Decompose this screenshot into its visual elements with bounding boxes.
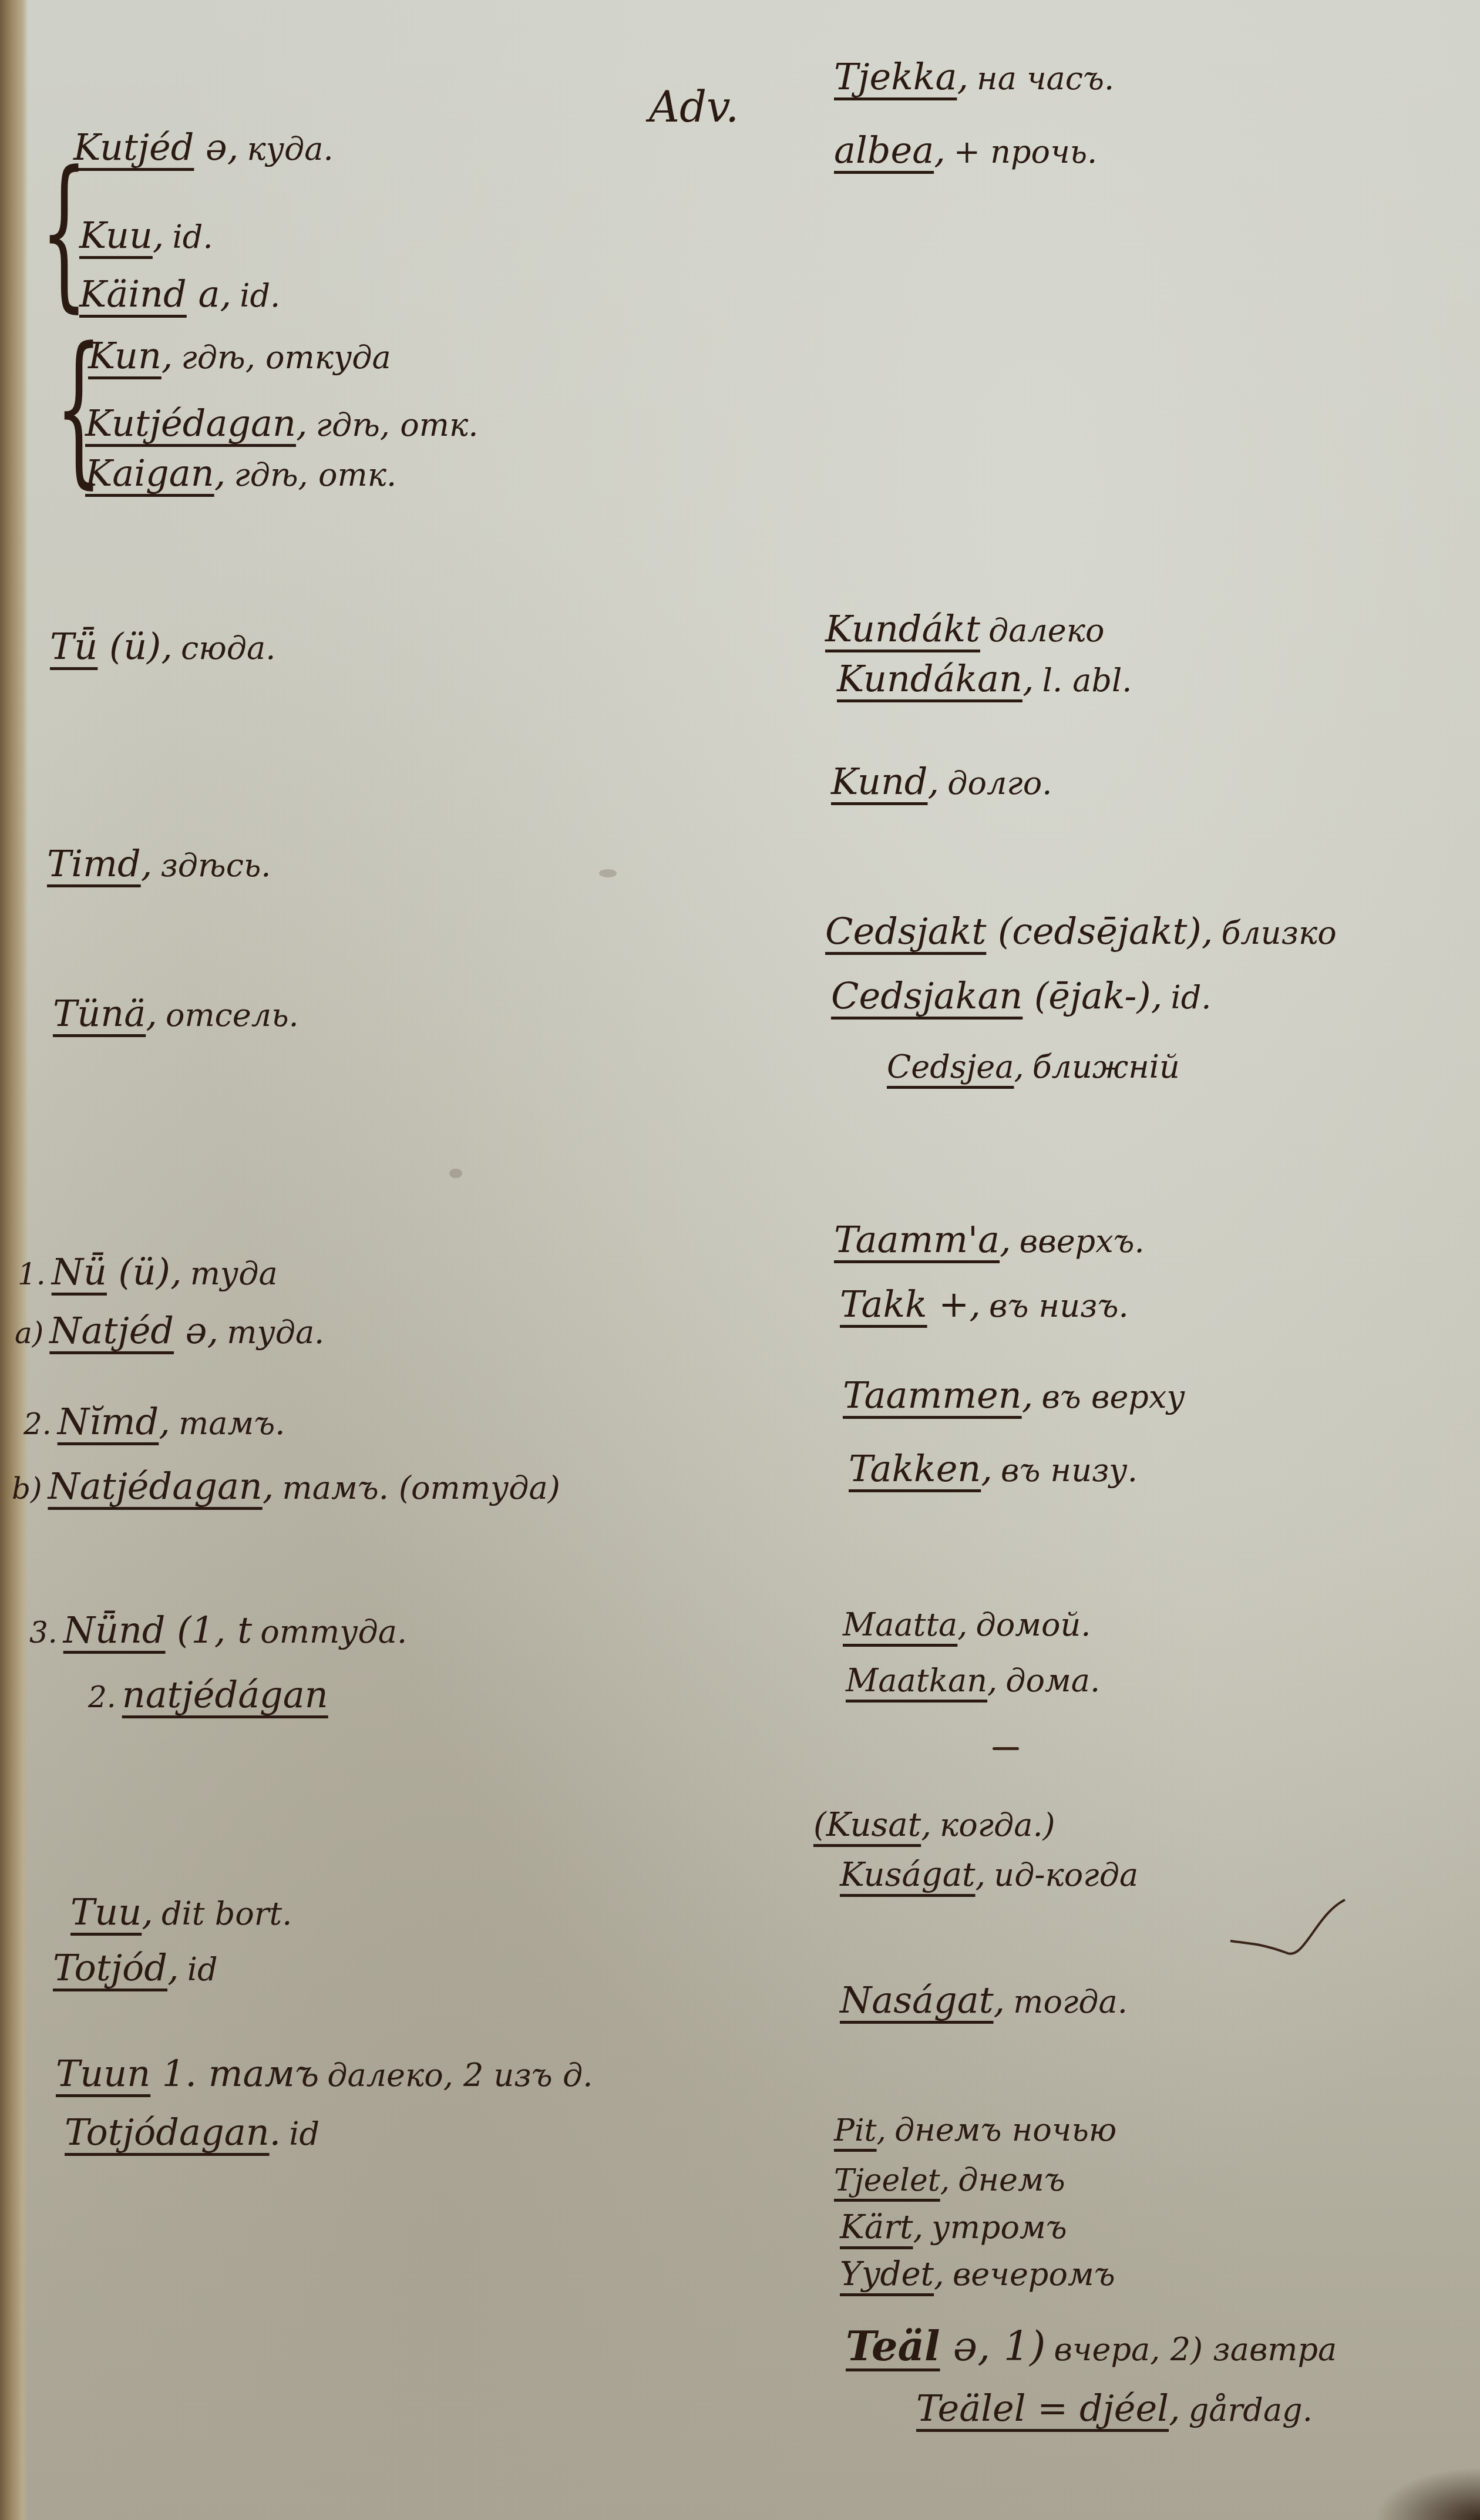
entry-taamma: Taamm'a,вверхъ. bbox=[834, 1222, 1145, 1258]
entry-cedsjea: Cedsjea,ближній bbox=[887, 1051, 1180, 1083]
section-heading: Adv. bbox=[649, 82, 739, 132]
entry-kundakan: Kundákan,l. abl. bbox=[837, 661, 1132, 697]
entry-totjodagan: Totjódagan.id bbox=[65, 2114, 319, 2151]
entry-yydet: Yydet,вечеромъ bbox=[840, 2258, 1115, 2291]
entry-maatkan: Maatkan,дома. bbox=[846, 1665, 1100, 1697]
entry-teal: Teäl ə, 1)вчера, 2) завтра bbox=[846, 2326, 1337, 2367]
pen-squiggle bbox=[1227, 1897, 1357, 1962]
entry-tuna: Tünä,отсель. bbox=[53, 995, 299, 1032]
entry-maatta: Maatta,домой. bbox=[843, 1609, 1091, 1641]
ink-smudge bbox=[599, 869, 617, 877]
entry-tuun: Tuun 1. тамъдалеко, 2 изъ д. bbox=[56, 2055, 593, 2092]
entry-kund: Kund,долго. bbox=[831, 763, 1052, 800]
entry-cedsjakt: Cedsjakt (cedsējakt),близко bbox=[825, 913, 1337, 950]
entry-tealel: Teälel = djéel,gårdag. bbox=[916, 2390, 1313, 2427]
entry-kart: Kärt,утромъ bbox=[840, 2211, 1067, 2244]
entry-kusagat: Kuságat,ид-когда bbox=[840, 1859, 1138, 1892]
section-divider bbox=[993, 1747, 1019, 1750]
entry-tu: Tǖ (ü),сюда. bbox=[50, 628, 275, 665]
entry-natjed: a)Natjéd ə,туда. bbox=[15, 1313, 324, 1349]
entry-totjod: Totjód,id bbox=[53, 1950, 218, 1986]
entry-natjedagan: b)Natjédagan,тамъ. (оттуда) bbox=[12, 1468, 560, 1505]
entry-albea: albea,+ прочь. bbox=[834, 132, 1097, 169]
page-corner-shadow bbox=[1374, 2467, 1480, 2520]
entry-nimd: 2.Nĭmd,тамъ. bbox=[23, 1404, 285, 1440]
entry-takken: Takken,въ низу. bbox=[849, 1451, 1138, 1487]
entry-takk: Takk +,въ низъ. bbox=[840, 1286, 1129, 1323]
entry-cedsjakan: Cedsjakan (ējak-),id. bbox=[831, 978, 1211, 1014]
entry-kaigan: Kaigan,гдѣ, отк. bbox=[85, 455, 396, 492]
ink-smudge bbox=[449, 1169, 462, 1178]
entry-tuu: Tuu,dit bort. bbox=[70, 1894, 292, 1930]
entry-kaind: Käind a,id. bbox=[79, 276, 280, 312]
entry-pit: Pit,днемъ ночью bbox=[834, 2114, 1116, 2146]
entry-kun: Kun,гдѣ, откуда bbox=[88, 338, 391, 374]
entry-kundakt: Kundáktдалеко bbox=[825, 611, 1105, 647]
entry-tjekka: Tjekka,на часъ. bbox=[834, 59, 1114, 95]
entry-kuu: Kuu,id. bbox=[79, 217, 213, 254]
entry-nasagat: Naságat,тогда. bbox=[840, 1982, 1128, 2018]
entry-nund: 3.Nǖnd (1, tоттуда. bbox=[29, 1612, 407, 1648]
entry-kusat: (Kusat,когда.) bbox=[813, 1809, 1055, 1842]
entry-kutjed: Kutjéd ə,куда. bbox=[73, 129, 334, 166]
entry-nu: 1.Nǖ (ü),туда bbox=[18, 1254, 278, 1290]
entry-tjeelet: Tjeelet,днемъ bbox=[834, 2164, 1065, 2196]
entry-timd: Timd,здѣсь. bbox=[47, 846, 271, 882]
entry-taammen: Taammen,въ верху bbox=[843, 1377, 1185, 1414]
entry-kutjedagan: Kutjédagan,гдѣ, отк. bbox=[85, 405, 478, 442]
entry-natjedagan-2: 2.natjédágan bbox=[88, 1677, 328, 1713]
manuscript-page: Adv. { Kutjéd ə,куда. Kuu,id. Käind a,id… bbox=[0, 0, 1480, 2520]
